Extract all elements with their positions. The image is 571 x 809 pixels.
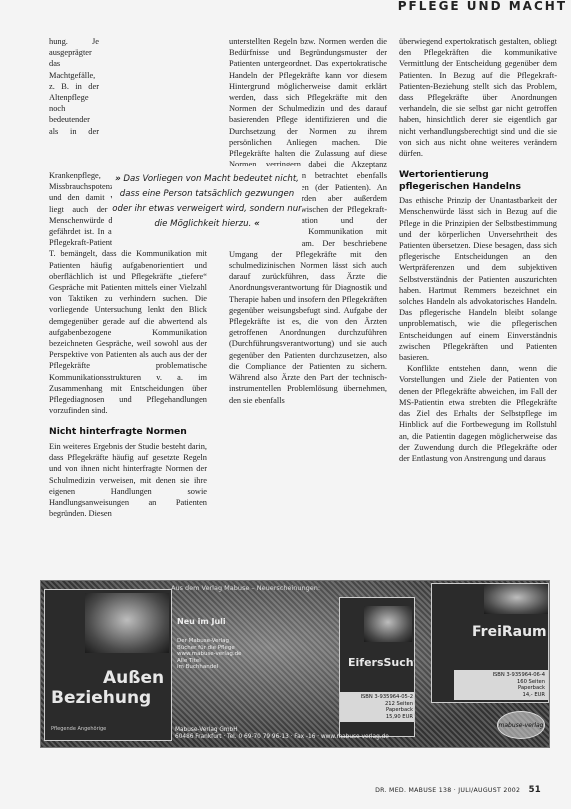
ad-footer-line: Mabuse-Verlag GmbH [175,727,389,734]
pull-quote-wrap-space [103,38,207,170]
text-column-1: hung. Je ausgeprägter das Machtgefälle, … [49,36,207,519]
book-title-part-1: Außen [103,668,164,688]
ad-banner-text: Aus dem Verlag Mabuse – Neuerscheinungen… [171,583,451,593]
ad-footer-line: 60486 Frankfurt · Tel. 0 69-70 79 96-13 … [175,734,389,741]
book-cover-photo [85,593,169,653]
quote-open-mark: » [115,174,121,184]
book-info: ISBN 3-935964-05-2 212 Seiten Paperback … [340,692,415,722]
advertisement-mabuse-verlag[interactable]: Aus dem Verlag Mabuse – Neuerscheinungen… [40,580,550,748]
ad-center-line: im Buchhandel [177,664,241,671]
book-title-part-2: Beziehung [51,688,151,708]
body-paragraph: überwiegend expertokratisch gestalten, o… [399,36,557,159]
body-paragraph: Ein weiteres Ergebnis der Studie besteht… [49,441,207,519]
section-header-title: PFLEGE UND MACHT [391,0,571,14]
text-column-3: überwiegend expertokratisch gestalten, o… [399,36,557,464]
book-cover-aussen-beziehung: Außen Beziehung Pflegende Angehörige [44,589,172,741]
book-cover-eifersucht: EifersSucht ISBN 3-935964-05-2 212 Seite… [339,597,415,737]
subheading-nicht-hinterfragte-normen: Nicht hinterfragte Normen [49,426,207,438]
issue-info: DR. MED. MABUSE 138 · JULI/AUGUST 2002 [375,787,520,794]
pull-quote: » Das Vorliegen von Macht bedeutet nicht… [112,166,302,246]
pull-quote-text: Das Vorliegen von Macht bedeutet nicht, … [112,174,301,229]
book-title: FreiRaum [472,624,547,640]
quote-close-mark: « [254,219,260,229]
book-title: EifersSucht [348,656,415,669]
book-price: 14,- EUR [457,692,545,699]
ad-footer: Mabuse-Verlag GmbH 60486 Frankfurt · Tel… [175,727,389,741]
book-cover-photo [364,606,412,642]
ad-center-line: www.mabuse-verlag.de [177,651,241,658]
book-cover-photo [484,584,549,614]
ad-center-title: Neu im Juli [177,617,241,626]
ad-center-block: Neu im Juli Der Mabuse-Verlag Bücher für… [177,617,241,671]
body-paragraph: Das ethische Prinzip der Unantastbarkeit… [399,195,557,363]
page-number: 51 [529,785,541,795]
book-cover-freiraum: FreiRaum ISBN 3-935964-06-4 160 Seiten P… [431,583,549,703]
book-subtitle: Pflegende Angehörige [51,726,106,732]
publisher-logo-icon: mabuse-verlag [497,711,545,739]
book-price: 15,90 EUR [343,714,413,721]
body-paragraph: Konflikte entstehen dann, wenn die Vorst… [399,363,557,464]
book-info: ISBN 3-935964-06-4 160 Seiten Paperback … [454,670,548,700]
page-footer: DR. MED. MABUSE 138 · JULI/AUGUST 2002 5… [375,785,541,795]
subheading-wertorientierung: Wertorientierung pflegerischen Handelns [399,169,557,192]
